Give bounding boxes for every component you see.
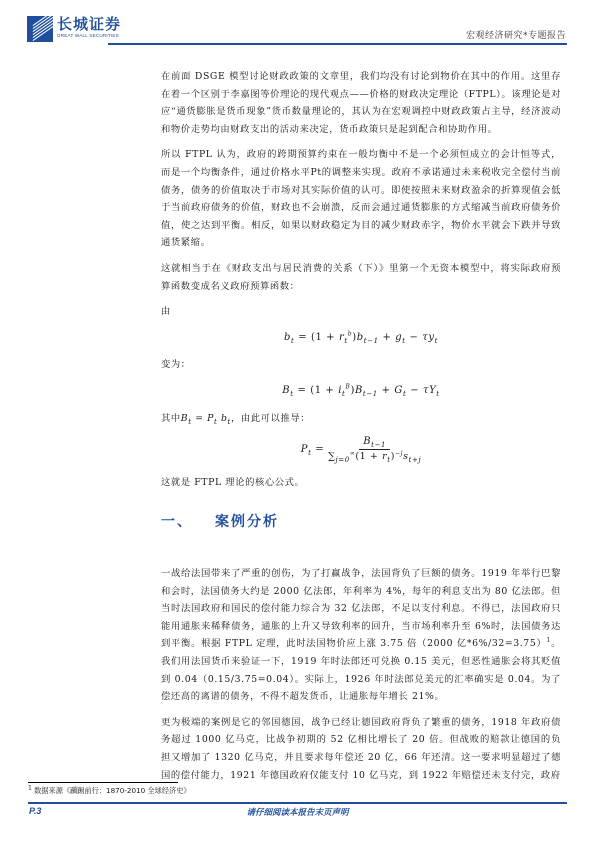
logo-mark-icon	[27, 16, 53, 42]
main-body: 在前面 DSGE 模型讨论财政政策的文章里，我们均没有讨论到物价在其中的作用。这…	[161, 68, 561, 500]
paragraph: 这就相当于在《财政支出与居民消费的关系（下）》里第一个无资本模型中，将实际政府预…	[161, 260, 561, 295]
footer-divider	[28, 802, 567, 804]
paragraph: 所以 FTPL 认为，政府的跨期预算约束在一般均衡中不是一个必须恒成立的会计恒等…	[161, 146, 561, 252]
company-logo: 长城证券 GREAT WALL SECURITIES	[27, 16, 127, 46]
paragraph: 其中Bt = Pt bt，由此可以推导：	[161, 410, 561, 428]
footer-disclaimer: 请仔细阅读本报告末页声明	[0, 806, 595, 818]
section-number: 一、	[161, 514, 193, 530]
header-divider	[108, 43, 567, 45]
paragraph: 一战给法国带来了严重的创伤，为了打赢战争，法国背负了巨额的债务。1919 年举行…	[161, 565, 561, 706]
formula-nominal-budget: Bt = (1 + itB)Bt−1 + Gt − τYt	[161, 382, 561, 400]
case-study-body: 一战给法国带来了严重的创伤，为了打赢战争，法国背负了巨额的债务。1919 年举行…	[161, 565, 561, 792]
paragraph: 这就是 FTPL 理论的核心公式。	[161, 474, 561, 492]
paragraph: 更为极端的案例是它的邻国德国，战争已经让德国政府背负了繁重的债务，1918 年政…	[161, 714, 561, 784]
footnote: 1 数据来源《躏蹰前行：1870-2010 全球经济史》	[28, 786, 191, 796]
footnote-divider	[28, 782, 178, 783]
formula-real-budget: bt = (1 + rtb)bt−1 + gt − τyt	[161, 329, 561, 347]
paragraph: 在前面 DSGE 模型讨论财政政策的文章里，我们均没有讨论到物价在其中的作用。这…	[161, 68, 561, 138]
logo-english-name: GREAT WALL SECURITIES	[57, 33, 121, 39]
report-category: 宏观经济研究*专题报告	[466, 28, 566, 41]
logo-chinese-name: 长城证券	[57, 16, 121, 33]
section-heading: 一、案例分析	[161, 511, 279, 531]
section-title: 案例分析	[215, 514, 279, 530]
paragraph: 变为：	[161, 356, 561, 374]
formula-ftpl-core: Pt = Bt−1 ∑j=0∞(1 + rt)−jst+j	[161, 435, 561, 464]
paragraph: 由	[161, 303, 561, 321]
